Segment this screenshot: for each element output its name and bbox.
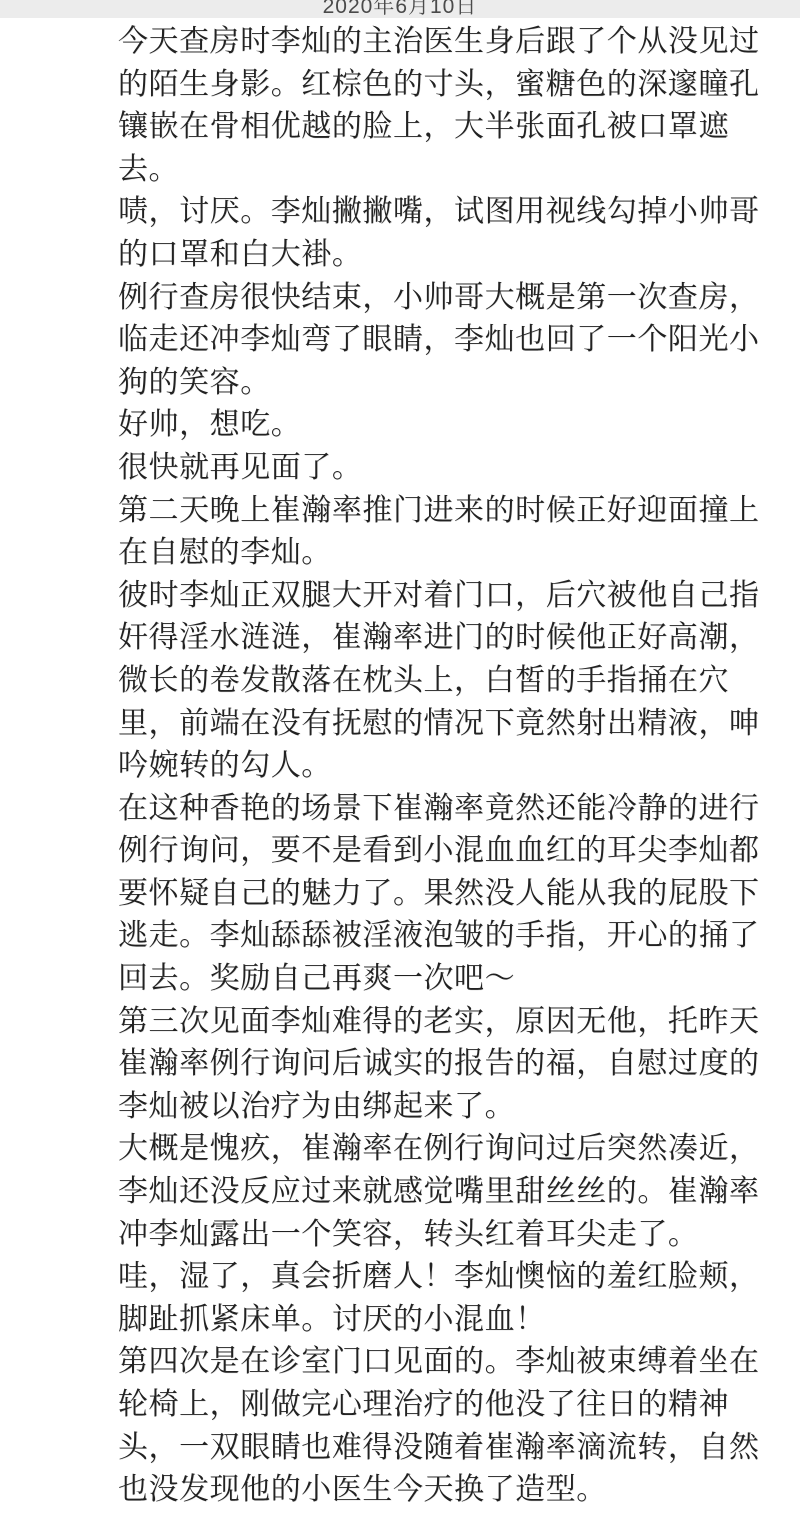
story-paragraph: 彼时李灿正双腿大开对着门口，后穴被他自己指奸得淫水涟涟，崔瀚率进门的时候他正好高… [118, 575, 762, 788]
story-line: 崔瀚率例行询问后诚实的报告的福，自慰过度的 [118, 1043, 762, 1086]
status-bar-date: 2020年6月10日 [323, 0, 478, 18]
story-line: 逃走。李灿舔舔被淫液泡皱的手指，开心的捅了 [118, 915, 762, 958]
story-paragraph: 好帅，想吃。 [118, 404, 762, 447]
story-line: 头，一双眼睛也难得没随着崔瀚率滴流转，自然 [118, 1427, 762, 1470]
story-line: 微长的卷发散落在枕头上，白皙的手指捅在穴 [118, 660, 762, 703]
story-line: 也没发现他的小医生今天换了造型。 [118, 1469, 762, 1512]
story-line: 李灿还没反应过来就感觉嘴里甜丝丝的。崔瀚率 [118, 1171, 762, 1214]
story-line: 好帅，想吃。 [118, 404, 762, 447]
story-paragraph: 第四次是在诊室门口见面的。李灿被束缚着坐在轮椅上，刚做完心理治疗的他没了往日的精… [118, 1341, 762, 1511]
story-line: 第三次见面李灿难得的老实，原因无他，托昨天 [118, 1001, 762, 1044]
story-line: 去。 [118, 149, 762, 192]
story-paragraph: 哇，湿了，真会折磨人！李灿懊恼的羞红脸颊，脚趾抓紧床单。讨厌的小混血！ [118, 1256, 762, 1341]
story-paragraph: 啧，讨厌。李灿撇撇嘴，试图用视线勾掉小帅哥的口罩和白大褂。 [118, 191, 762, 276]
story-paragraph: 今天查房时李灿的主治医生身后跟了个从没见过的陌生身影。红棕色的寸头，蜜糖色的深邃… [118, 21, 762, 191]
story-paragraph: 例行查房很快结束，小帅哥大概是第一次查房，临走还冲李灿弯了眼睛，李灿也回了一个阳… [118, 277, 762, 405]
story-line: 哇，湿了，真会折磨人！李灿懊恼的羞红脸颊， [118, 1256, 762, 1299]
story-line: 的口罩和白大褂。 [118, 234, 762, 277]
story-line: 在这种香艳的场景下崔瀚率竟然还能冷静的进行 [118, 788, 762, 831]
story-line: 脚趾抓紧床单。讨厌的小混血！ [118, 1299, 762, 1342]
story-paragraph: 很快就再见面了。 [118, 447, 762, 490]
story-paragraph: 大概是愧疚，崔瀚率在例行询问过后突然凑近，李灿还没反应过来就感觉嘴里甜丝丝的。崔… [118, 1128, 762, 1256]
story-line: 吟婉转的勾人。 [118, 745, 762, 788]
story-line: 今天查房时李灿的主治医生身后跟了个从没见过 [118, 21, 762, 64]
story-line: 第二天晚上崔瀚率推门进来的时候正好迎面撞上 [118, 490, 762, 533]
story-line: 里，前端在没有抚慰的情况下竟然射出精液，呻 [118, 703, 762, 746]
story-paragraph: 第二天晚上崔瀚率推门进来的时候正好迎面撞上在自慰的李灿。 [118, 490, 762, 575]
story-line: 轮椅上，刚做完心理治疗的他没了往日的精神 [118, 1384, 762, 1427]
story-line: 冲李灿露出一个笑容，转头红着耳尖走了。 [118, 1214, 762, 1257]
story-line: 例行查房很快结束，小帅哥大概是第一次查房， [118, 277, 762, 320]
story-line: 在自慰的李灿。 [118, 532, 762, 575]
story-line: 李灿被以治疗为由绑起来了。 [118, 1086, 762, 1129]
story-paragraphs: 今天查房时李灿的主治医生身后跟了个从没见过的陌生身影。红棕色的寸头，蜜糖色的深邃… [118, 21, 762, 1512]
story-line: 要怀疑自己的魅力了。果然没人能从我的屁股下 [118, 873, 762, 916]
story-line: 镶嵌在骨相优越的脸上，大半张面孔被口罩遮 [118, 106, 762, 149]
story-paragraph: 在这种香艳的场景下崔瀚率竟然还能冷静的进行例行询问，要不是看到小混血血红的耳尖李… [118, 788, 762, 1001]
story-line: 第四次是在诊室门口见面的。李灿被束缚着坐在 [118, 1341, 762, 1384]
story-line: 的陌生身影。红棕色的寸头，蜜糖色的深邃瞳孔 [118, 64, 762, 107]
story-line: 狗的笑容。 [118, 362, 762, 405]
story-line: 啧，讨厌。李灿撇撇嘴，试图用视线勾掉小帅哥 [118, 191, 762, 234]
story-content: 今天查房时李灿的主治医生身后跟了个从没见过的陌生身影。红棕色的寸头，蜜糖色的深邃… [0, 18, 800, 1526]
story-line: 回去。奖励自己再爽一次吧～ [118, 958, 762, 1001]
story-line: 奸得淫水涟涟，崔瀚率进门的时候他正好高潮， [118, 617, 762, 660]
story-line: 很快就再见面了。 [118, 447, 762, 490]
story-line: 临走还冲李灿弯了眼睛，李灿也回了一个阳光小 [118, 319, 762, 362]
story-paragraph: 第三次见面李灿难得的老实，原因无他，托昨天崔瀚率例行询问后诚实的报告的福，自慰过… [118, 1001, 762, 1129]
story-line: 彼时李灿正双腿大开对着门口，后穴被他自己指 [118, 575, 762, 618]
story-line: 大概是愧疚，崔瀚率在例行询问过后突然凑近， [118, 1128, 762, 1171]
story-line: 例行询问，要不是看到小混血血红的耳尖李灿都 [118, 830, 762, 873]
status-bar: 2020年6月10日 [0, 0, 800, 18]
